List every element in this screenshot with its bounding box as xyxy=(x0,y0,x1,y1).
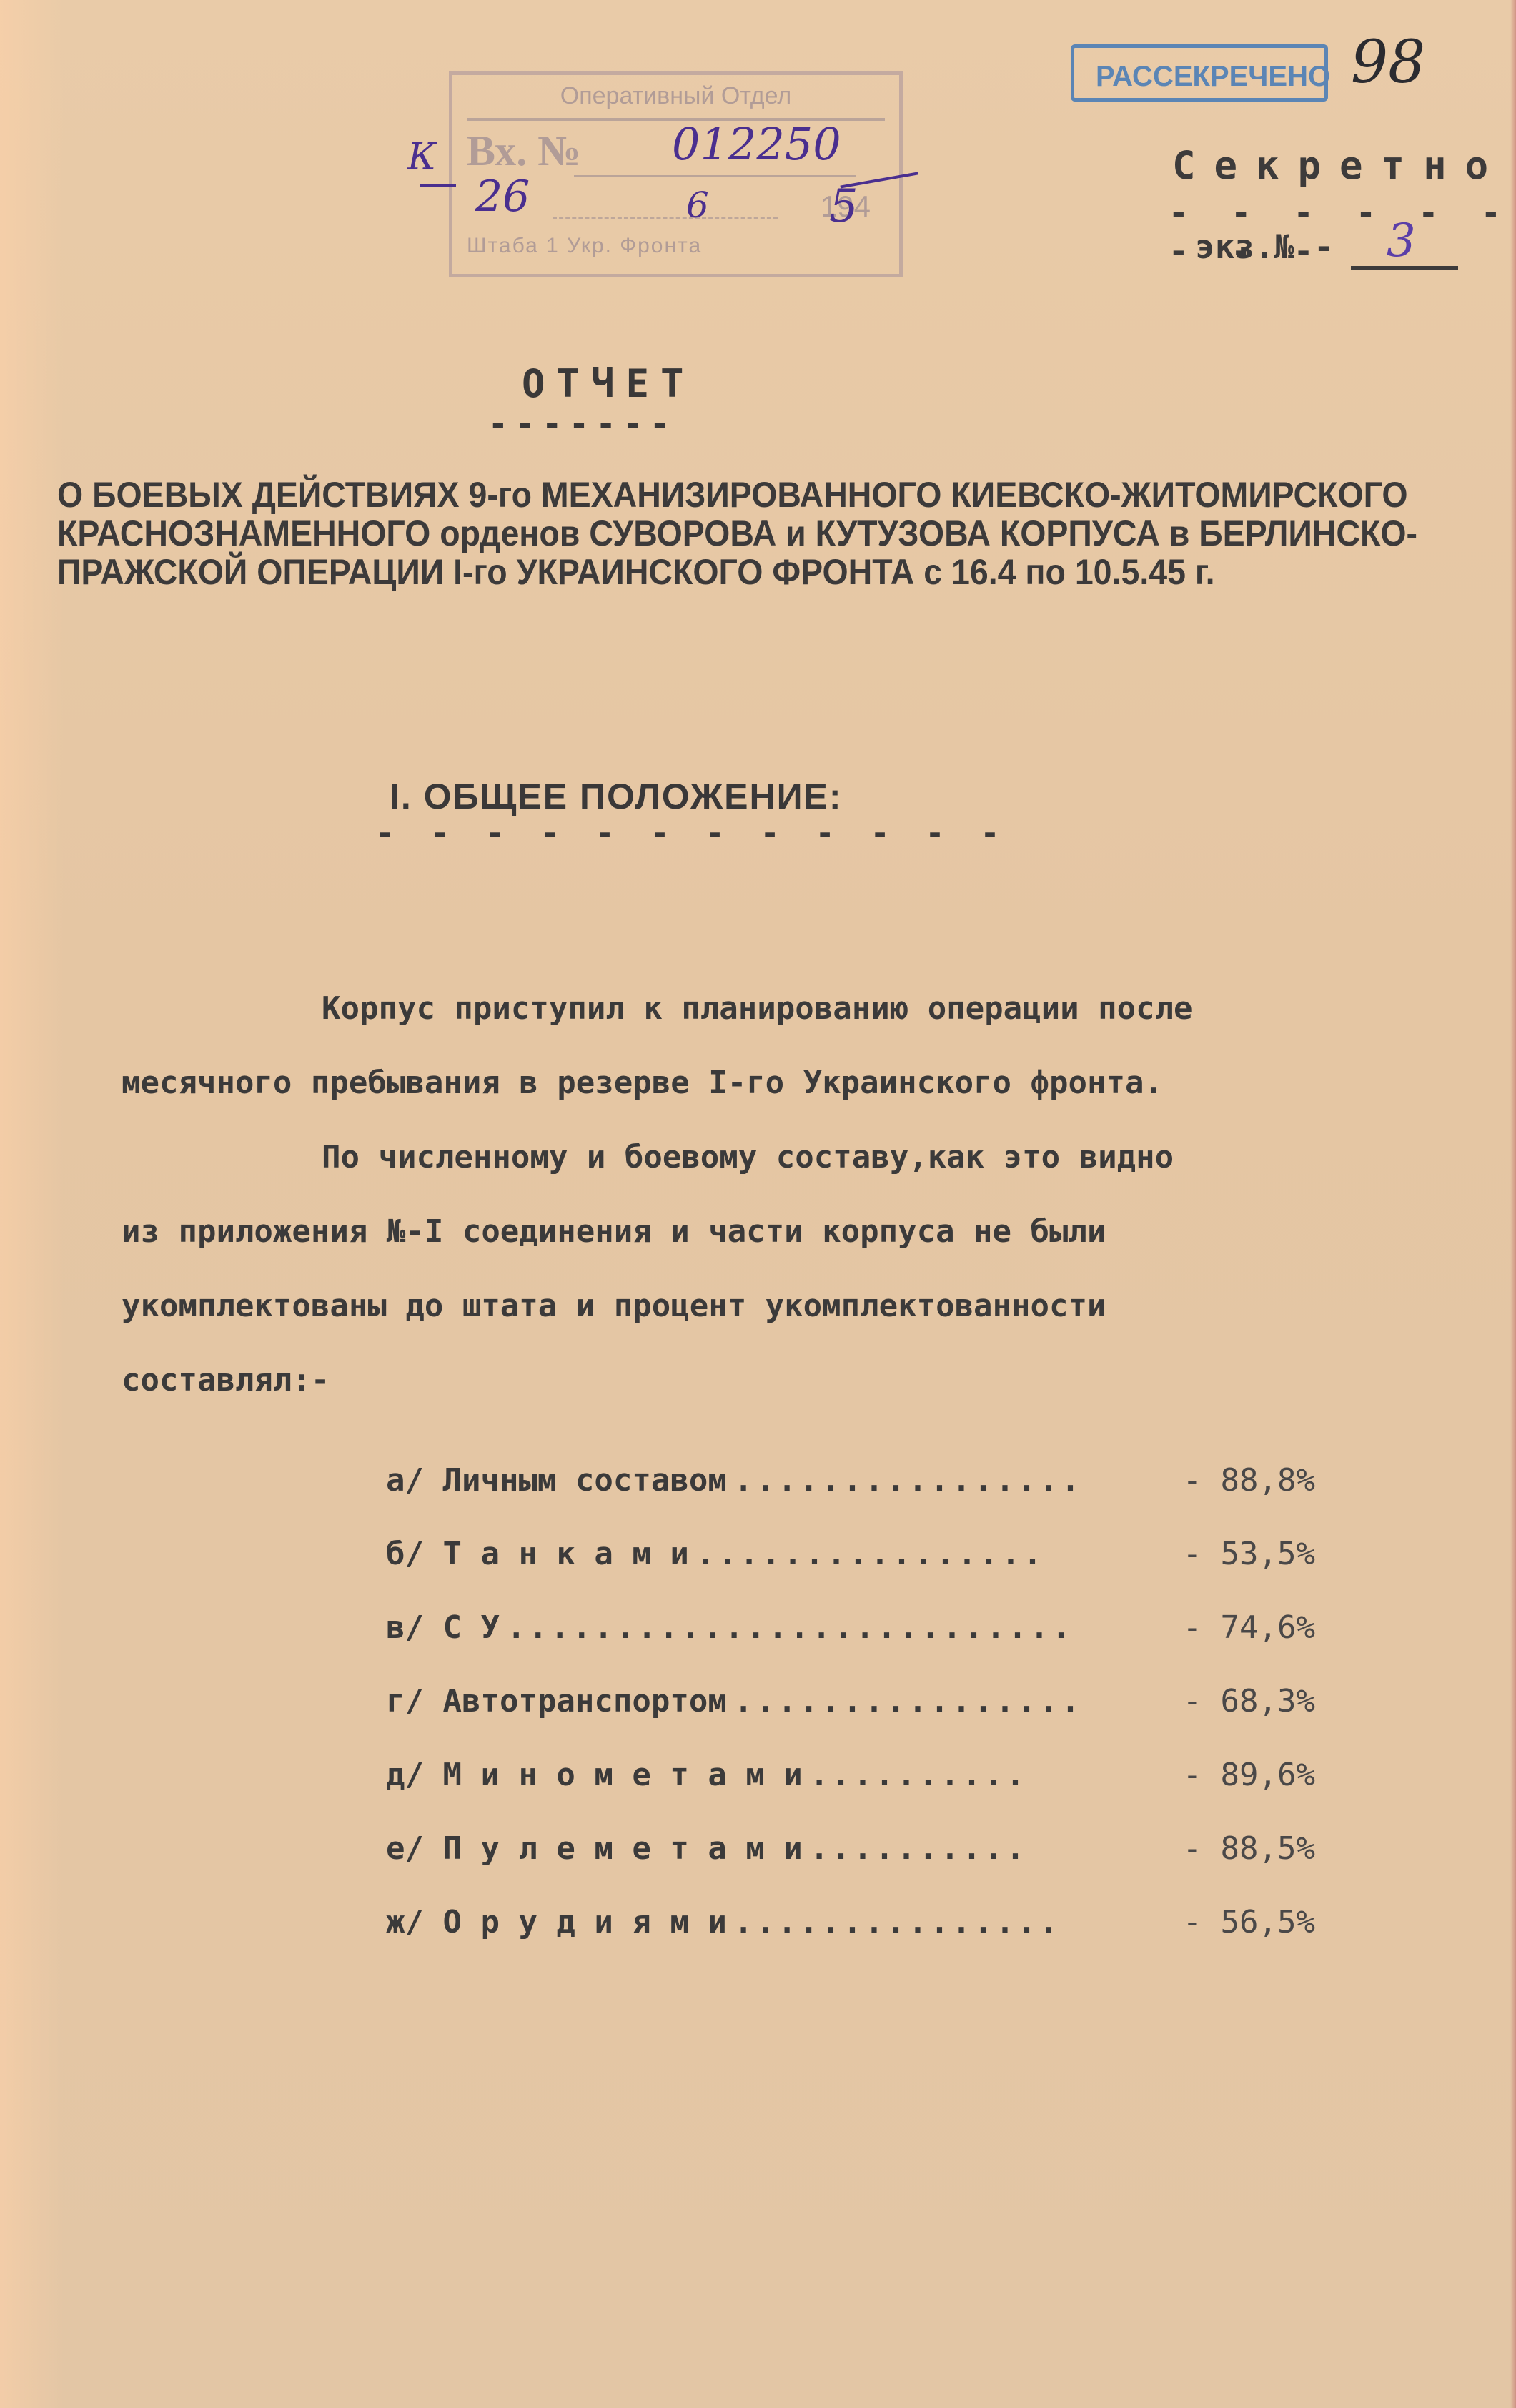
list-label: С У xyxy=(442,1609,499,1646)
body-line: составлял:- xyxy=(122,1362,1365,1436)
list-item: д/ М и н о м е т а м и .......... - 89,6… xyxy=(386,1757,1315,1830)
list-label: Автотранспортом xyxy=(442,1683,726,1719)
list-letter: г/ xyxy=(386,1683,424,1719)
list-letter: е/ xyxy=(386,1830,424,1867)
leader-dots: ............... xyxy=(734,1904,1144,1940)
list-value: - 88,5% xyxy=(1144,1830,1315,1867)
list-letter: ж/ xyxy=(386,1904,424,1940)
list-item: а/ Личным составом ................ - 88… xyxy=(386,1462,1315,1536)
handwritten-day: 26 xyxy=(475,172,530,222)
body-line: По численному и боевому составу,как это … xyxy=(122,1139,1365,1213)
leader-dots: ................ xyxy=(734,1462,1144,1499)
stamp-date-line xyxy=(553,217,778,219)
body-line: Корпус приступил к планированию операции… xyxy=(122,990,1365,1065)
list-label: О р у д и я м и xyxy=(442,1904,726,1940)
title-underline: ------- xyxy=(488,404,677,443)
list-letter: д/ xyxy=(386,1757,424,1793)
stamp-department: Оперативный Отдел xyxy=(452,82,899,110)
list-value: - 68,3% xyxy=(1144,1683,1315,1719)
stamp-number-line xyxy=(574,175,856,177)
list-letter: б/ xyxy=(386,1536,424,1572)
list-value: - 56,5% xyxy=(1144,1904,1315,1940)
subtitle-line: КРАСНОЗНАМЕННОГО орденов СУВОРОВА и КУТУ… xyxy=(57,514,1400,553)
list-value: - 89,6% xyxy=(1144,1757,1315,1793)
section-underline: - - - - - - - - - - - - xyxy=(375,815,1008,852)
document-title: ОТЧЕТ xyxy=(522,361,695,406)
handwritten-month: 6 xyxy=(686,184,709,226)
leader-dots: .......... xyxy=(810,1757,1144,1793)
page-edge xyxy=(1510,0,1516,2408)
copy-label: экз.№ - xyxy=(1195,227,1334,266)
body-line: месячного пребывания в резерве I-го Укра… xyxy=(122,1065,1365,1139)
list-value: - 88,8% xyxy=(1144,1462,1315,1499)
list-label: П у л е м е т а м и xyxy=(442,1830,802,1867)
subtitle-line: ПРАЖСКОЙ ОПЕРАЦИИ I-го УКРАИНСКОГО ФРОНТ… xyxy=(57,553,1400,591)
copy-number-underline xyxy=(1351,266,1458,270)
subtitle-line: О БОЕВЫХ ДЕЙСТВИЯХ 9-го МЕХАНИЗИРОВАННОГ… xyxy=(57,475,1400,514)
body-paragraphs: Корпус приступил к планированию операции… xyxy=(122,990,1365,1436)
handwritten-incoming-number: 012250 xyxy=(672,118,841,170)
list-letter: а/ xyxy=(386,1462,424,1499)
handwritten-prefix: К xyxy=(407,136,436,179)
list-item: в/ С У .......................... - 74,6… xyxy=(386,1609,1315,1683)
list-label: Личным составом xyxy=(442,1462,726,1499)
declassified-stamp: РАССЕКРЕЧЕНО xyxy=(1071,44,1328,102)
list-item: г/ Автотранспортом ................ - 68… xyxy=(386,1683,1315,1757)
handwritten-year: 5 xyxy=(829,180,858,233)
list-label: Т а н к а м и xyxy=(442,1536,688,1572)
body-line: из приложения №-I соединения и части кор… xyxy=(122,1213,1365,1288)
body-line: укомплектованы до штата и процент укомпл… xyxy=(122,1288,1365,1362)
list-letter: в/ xyxy=(386,1609,424,1646)
list-item: ж/ О р у д и я м и ............... - 56,… xyxy=(386,1904,1315,1978)
document-subtitle: О БОЕВЫХ ДЕЙСТВИЯХ 9-го МЕХАНИЗИРОВАННОГ… xyxy=(57,475,1400,591)
leader-dots: .......... xyxy=(810,1830,1144,1867)
leader-dots: ................ xyxy=(696,1536,1144,1572)
leader-dots: .......................... xyxy=(507,1609,1144,1646)
leader-dots: ................ xyxy=(734,1683,1144,1719)
section-heading: I. ОБЩЕЕ ПОЛОЖЕНИЕ: xyxy=(390,776,843,817)
list-value: - 53,5% xyxy=(1144,1536,1315,1572)
list-item: б/ Т а н к а м и ................ - 53,5… xyxy=(386,1536,1315,1609)
list-value: - 74,6% xyxy=(1144,1609,1315,1646)
stamp-footer: Штаба 1 Укр. Фронта xyxy=(467,234,702,258)
copy-number: 3 xyxy=(1387,214,1416,267)
list-label: М и н о м е т а м и xyxy=(442,1757,802,1793)
staffing-list: а/ Личным составом ................ - 88… xyxy=(386,1462,1315,1978)
page-number: 98 xyxy=(1351,29,1425,97)
handwritten-stroke xyxy=(420,184,456,187)
classification-label: Секретно xyxy=(1172,143,1507,188)
stamp-incoming-label: Вх. № xyxy=(467,127,581,176)
list-item: е/ П у л е м е т а м и .......... - 88,5… xyxy=(386,1830,1315,1904)
